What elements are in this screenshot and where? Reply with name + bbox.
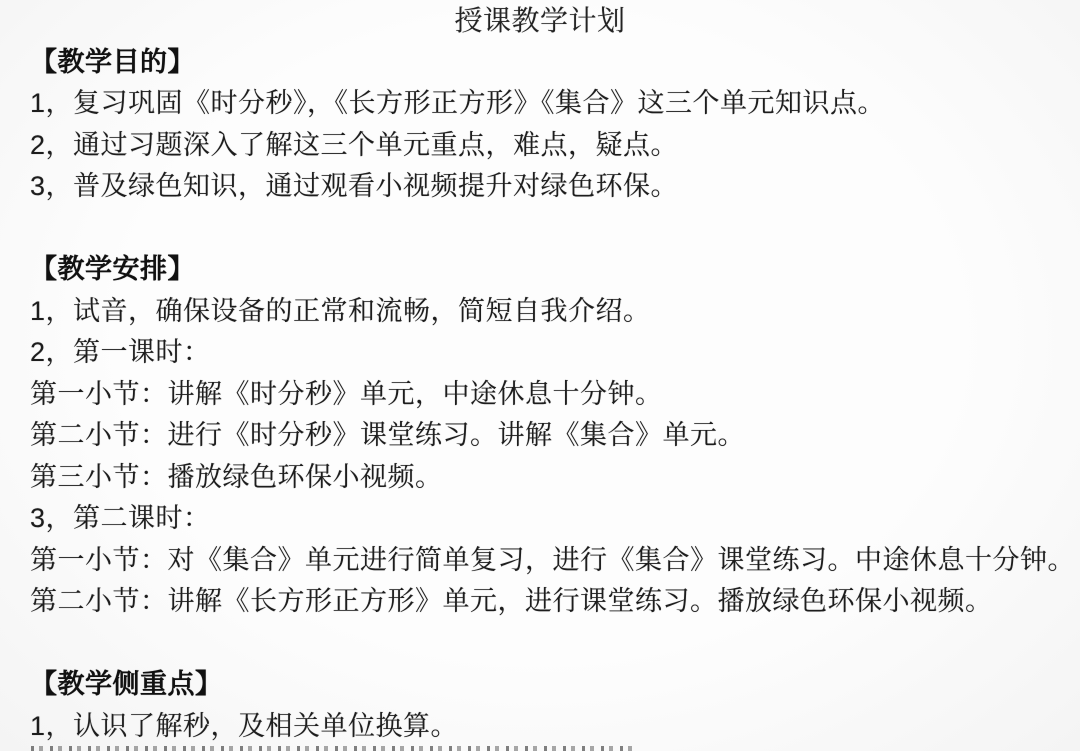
text-line: 1，试音，确保设备的正常和流畅，简短自我介绍。	[0, 291, 1080, 333]
text-line: 第二小节：进行《时分秒》课堂练习。讲解《集合》单元。	[0, 415, 1080, 457]
text-line: 第二小节：讲解《长方形正方形》单元，进行课堂练习。播放绿色环保小视频。	[0, 581, 1080, 623]
blank-line	[0, 208, 1080, 250]
document-title: 授课教学计划	[0, 0, 1080, 42]
text-line: 第一小节：讲解《时分秒》单元，中途休息十分钟。	[0, 374, 1080, 416]
section-heading: 【教学安排】	[0, 249, 1080, 291]
text-line: 2，通过习题深入了解这三个单元重点，难点，疑点。	[0, 125, 1080, 167]
text-line: 3，第二课时：	[0, 498, 1080, 540]
text-line: 1，认识了解秒，及相关单位换算。	[0, 706, 1080, 748]
document-section: 【教学安排】1，试音，确保设备的正常和流畅，简短自我介绍。2，第一课时：第一小节…	[0, 208, 1080, 623]
text-line: 1，复习巩固《时分秒》，《长方形正方形》《集合》这三个单元知识点。	[0, 83, 1080, 125]
document-section: 【教学侧重点】1，认识了解秒，及相关单位换算。	[0, 623, 1080, 748]
text-line: 3，普及绿色知识，通过观看小视频提升对绿色环保。	[0, 166, 1080, 208]
teaching-plan-document: 授课教学计划 【教学目的】1，复习巩固《时分秒》，《长方形正方形》《集合》这三个…	[0, 0, 1080, 751]
document-body: 【教学目的】1，复习巩固《时分秒》，《长方形正方形》《集合》这三个单元知识点。2…	[0, 42, 1080, 748]
text-line: 2，第一课时：	[0, 332, 1080, 374]
section-heading: 【教学侧重点】	[0, 664, 1080, 706]
text-line: 第三小节：播放绿色环保小视频。	[0, 457, 1080, 499]
section-heading: 【教学目的】	[0, 42, 1080, 84]
clipped-next-line	[31, 746, 636, 751]
text-line: 第一小节：对《集合》单元进行简单复习，进行《集合》课堂练习。中途休息十分钟。	[0, 540, 1080, 582]
document-section: 【教学目的】1，复习巩固《时分秒》，《长方形正方形》《集合》这三个单元知识点。2…	[0, 42, 1080, 208]
blank-line	[0, 623, 1080, 665]
